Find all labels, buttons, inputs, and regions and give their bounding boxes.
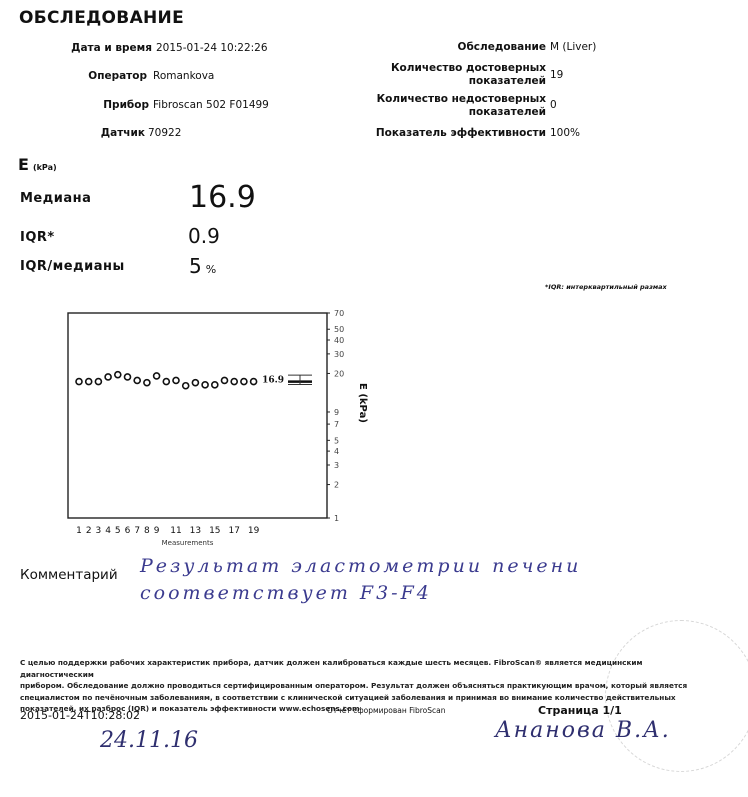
x-tick-label: 6 <box>125 526 131 536</box>
y-tick-label: 5 <box>334 436 339 445</box>
x-tick-label: 19 <box>248 526 260 536</box>
datetime-value: 2015-01-24 10:22:26 <box>156 42 268 54</box>
measurement-point <box>154 373 160 379</box>
x-tick-label: 15 <box>209 526 220 536</box>
x-tick-label: 17 <box>228 526 239 536</box>
median-label: Медиана <box>20 191 91 206</box>
stiffness-unit: (kPa) <box>33 163 57 172</box>
operator-value: Romankova <box>153 70 214 82</box>
measurement-point <box>173 377 179 383</box>
y-tick-label: 4 <box>334 447 339 456</box>
device-value: Fibroscan 502 F01499 <box>153 99 269 111</box>
median-value: 16.9 <box>189 180 256 215</box>
stiffness-heading: E(kPa) <box>18 155 57 174</box>
measurement-point <box>231 379 237 385</box>
measurement-point <box>192 380 198 386</box>
exam-type-label: Обследование <box>458 41 546 54</box>
y-tick-label: 70 <box>334 309 344 318</box>
iqr-footnote: *IQR: интерквартильный размах <box>545 283 667 291</box>
x-tick-label: 13 <box>190 526 201 536</box>
valid-count-value: 19 <box>550 69 563 81</box>
report-generated-text: Отчёт сформирован FibroScan <box>327 706 446 715</box>
measurement-point <box>202 382 208 388</box>
exam-type-value: M (Liver) <box>550 41 596 53</box>
disclaimer-line: специалистом по печёночным заболеваниям,… <box>20 692 700 704</box>
invalid-count-label-line1: Количество недостоверных <box>377 93 546 106</box>
measurement-point <box>222 377 228 383</box>
measurement-point <box>134 377 140 383</box>
comment-label: Комментарий <box>20 567 118 583</box>
y-tick-label: 3 <box>334 461 339 470</box>
operator-label: Оператор <box>88 70 147 82</box>
measurement-point <box>86 379 92 385</box>
x-tick-label: 4 <box>105 526 111 536</box>
x-tick-label: 9 <box>154 526 160 536</box>
datetime-label: Дата и время <box>71 42 152 54</box>
iqr-value: 0.9 <box>188 224 220 248</box>
x-tick-label: 2 <box>86 526 92 536</box>
measurement-point <box>241 379 247 385</box>
handwritten-date: 24.11.16 <box>100 728 198 753</box>
measurement-point <box>183 383 189 389</box>
y-tick-label: 20 <box>334 369 344 378</box>
invalid-count-label-line2: показателей <box>377 106 546 119</box>
probe-label: Датчик <box>101 127 145 139</box>
x-tick-label: 11 <box>170 526 181 536</box>
comment-line-1: Результат эластометрии печени <box>140 555 581 577</box>
x-tick-label: 8 <box>144 526 150 536</box>
y-axis-label: E (kPa) <box>357 383 368 423</box>
measurement-point <box>105 374 111 380</box>
valid-count-label-line2: показателей <box>391 75 546 88</box>
measurement-point <box>251 379 257 385</box>
disclaimer-line: С целью поддержки рабочих характеристик … <box>20 657 700 680</box>
x-axis-label: Measurements <box>162 539 214 547</box>
x-tick-label: 7 <box>134 526 140 536</box>
invalid-count-value: 0 <box>550 99 557 111</box>
median-annotation: 16.9 <box>262 376 284 386</box>
x-tick-label: 5 <box>115 526 121 536</box>
iqr-label: IQR* <box>20 230 55 245</box>
device-label: Прибор <box>103 99 149 111</box>
success-rate-label: Показатель эффективности <box>376 127 546 140</box>
probe-value: 70922 <box>148 127 181 139</box>
stiffness-symbol: E <box>18 155 29 174</box>
measurement-point <box>212 382 218 388</box>
x-tick-label: 3 <box>96 526 102 536</box>
iqr-median-value: 5 <box>189 254 202 278</box>
invalid-count-label: Количество недостоверных показателей <box>377 93 546 119</box>
measurement-point <box>125 374 131 380</box>
report-title: ОБСЛЕДОВАНИЕ <box>19 8 184 28</box>
y-tick-label: 1 <box>334 514 339 523</box>
y-tick-label: 2 <box>334 481 339 490</box>
iqr-median-unit: % <box>206 263 216 276</box>
measurement-point <box>76 379 82 385</box>
measurement-point <box>163 379 169 385</box>
y-tick-label: 40 <box>334 336 344 345</box>
valid-count-label: Количество достоверных показателей <box>391 62 546 88</box>
handwritten-signature: Ананова В.А. <box>495 718 671 743</box>
y-tick-label: 7 <box>334 420 339 429</box>
y-tick-label: 30 <box>334 350 344 359</box>
x-tick-label: 1 <box>76 526 82 536</box>
y-tick-label: 9 <box>334 408 339 417</box>
report-timestamp: 2015-01-24T10:28:02 <box>20 709 140 722</box>
stiffness-chart: 12345792030405070E (kPa)1234567891113151… <box>60 303 380 553</box>
measurement-point <box>115 372 121 378</box>
iqr-median-ratio: 5% <box>189 254 216 278</box>
page-indicator: Страница 1/1 <box>538 704 622 717</box>
measurement-point <box>95 379 101 385</box>
y-tick-label: 50 <box>334 325 344 334</box>
iqr-median-label: IQR/медианы <box>20 259 125 274</box>
comment-line-2: соответствует F3-F4 <box>140 582 432 604</box>
disclaimer-line: прибором. Обследование должно проводитьс… <box>20 680 700 692</box>
measurement-point <box>144 380 150 386</box>
valid-count-label-line1: Количество достоверных <box>391 62 546 75</box>
plot-frame <box>68 313 327 518</box>
success-rate-value: 100% <box>550 127 580 139</box>
